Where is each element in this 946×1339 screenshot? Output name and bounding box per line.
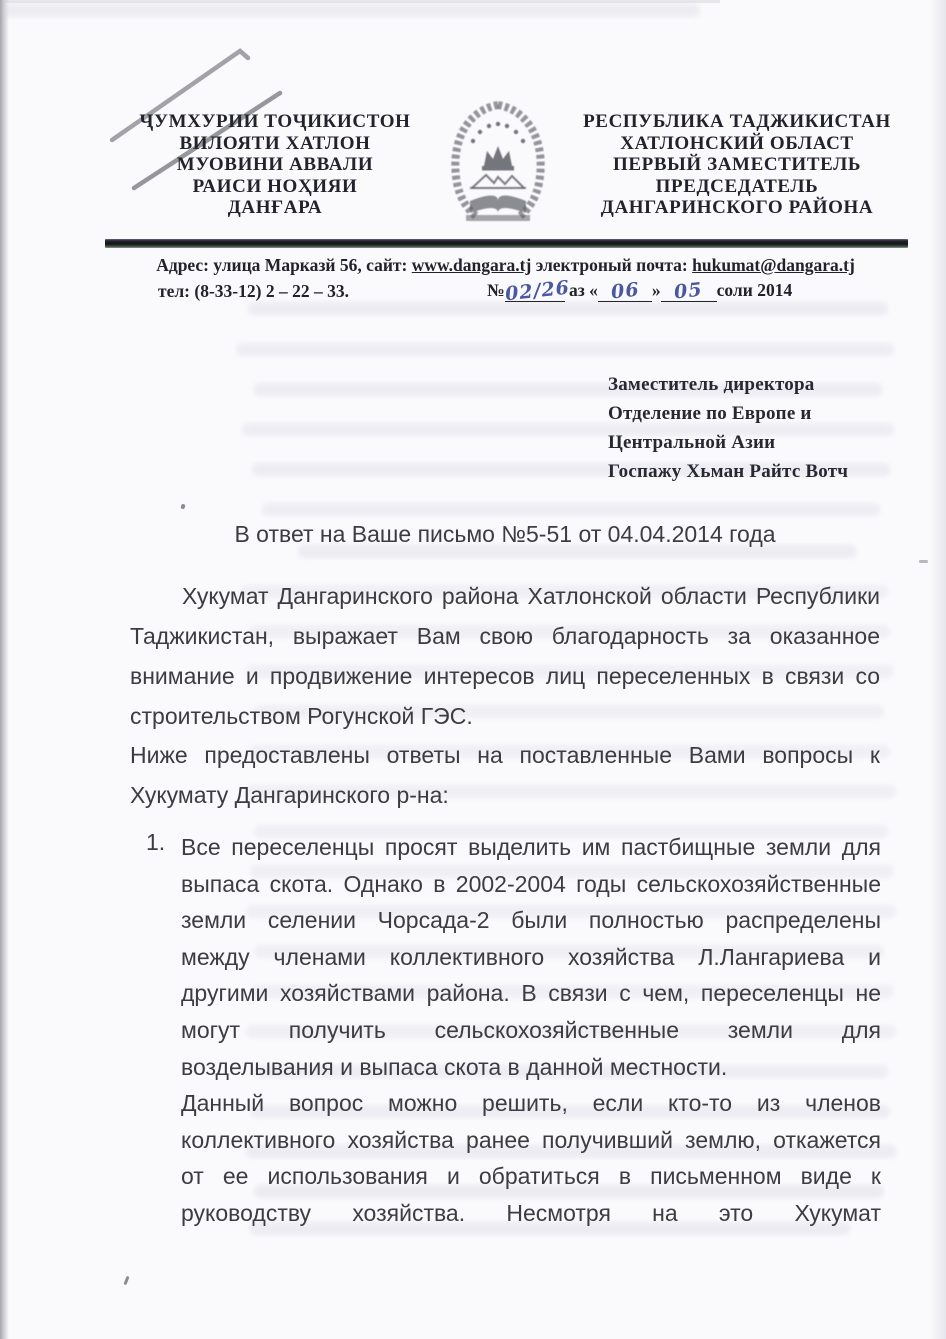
address-line: Адрес: улица Марказй 56, сайт: www.danga… <box>108 255 903 276</box>
letterhead-tajik: ҶУМХУРИИ ТОҶИКИСТОН ВИЛОЯТИ ХАТЛОН МУОВИ… <box>115 111 435 219</box>
paragraph-1: Хукумат Дангаринского района Хатлонской … <box>130 576 880 736</box>
text-line: от ее использования и обратиться в письм… <box>181 1158 881 1195</box>
subject-line: В ответ на Ваше письмо №5-51 от 04.04.20… <box>130 521 880 548</box>
text-line: руководству хозяйства. Несмотря на это Х… <box>181 1195 881 1232</box>
website-link: www.dangara.tj <box>412 255 532 275</box>
letterhead-line: ДАНГАРИНСКОГО РАЙОНА <box>578 197 896 219</box>
text-line: выпаса скота. Однако в 2002-2004 годы се… <box>181 866 881 903</box>
tajikistan-emblem-icon <box>438 99 558 231</box>
scan-right-edge <box>930 0 946 1339</box>
number-blank: 02/26 <box>505 279 565 302</box>
text-line: внимание и продвижение интересов лиц пер… <box>130 656 880 696</box>
date-suffix: соли 2014 <box>717 280 793 300</box>
number-label: № <box>487 280 505 300</box>
text-line: земли селении Чорсада-2 были полностью р… <box>181 902 881 939</box>
text-line: строительством Рогунской ГЭС. <box>130 696 880 736</box>
day-blank: 06 <box>598 279 652 302</box>
letterhead-line: МУОВИНИ АВВАЛИ <box>115 154 435 176</box>
bleed-through-line <box>0 4 700 17</box>
letterhead-line: ВИЛОЯТИ ХАТЛОН <box>115 133 435 155</box>
letterhead-line: ПРЕДСЕДАТЕЛЬ <box>578 176 896 198</box>
recipient-line: Центральной Азии <box>608 428 908 457</box>
letterhead-line: ҶУМХУРИИ ТОҶИКИСТОН <box>115 111 435 133</box>
date-close: » <box>652 280 661 300</box>
separator-rule <box>105 239 908 248</box>
letterhead-line: ХАТЛОНСКИЙ ОБЛАСТ <box>578 133 896 155</box>
scan-top-edge <box>0 0 720 3</box>
month-blank: 05 <box>661 279 717 302</box>
text-line: Данный вопрос можно решить, если кто-то … <box>181 1085 881 1122</box>
text-line: могут получить сельскохозяйственные земл… <box>181 1012 881 1049</box>
text-line: Все переселенцы просят выделить им пастб… <box>181 829 881 866</box>
text-line: коллективного хозяйства ранее получивший… <box>181 1122 881 1159</box>
recipient-line: Заместитель директора <box>608 370 908 399</box>
letterhead-line: ДАНҒАРА <box>115 197 435 219</box>
text-line: возделывания и выпаса скота в данной мес… <box>181 1049 881 1086</box>
text-line: между членами коллективного хозяйства Л.… <box>181 939 881 976</box>
letterhead-line: ПЕРВЫЙ ЗАМЕСТИТЕЛЬ <box>578 154 896 176</box>
recipient-line: Госпажу Хьман Райтс Вотч <box>608 457 908 486</box>
email-label: электроный почта: <box>531 255 692 275</box>
recipient-line: Отделение по Европе и <box>608 399 908 428</box>
bleed-through-line <box>262 503 880 516</box>
list-item-1: Все переселенцы просят выделить им пастб… <box>181 829 881 1232</box>
phone-number: тел: (8-33-12) 2 – 22 – 33. <box>158 281 349 302</box>
scan-left-edge <box>0 0 9 1339</box>
handwritten-day: 06 <box>610 279 641 304</box>
text-line: Хукумату Дангаринского р-на: <box>130 775 880 815</box>
phone-text: тел: (8-33-12) 2 – 22 – 33. <box>158 281 349 301</box>
letterhead-line: РЕСПУБЛИКА ТАДЖИКИСТАН <box>578 111 896 133</box>
reference-number-line: №02/26 аз «06»05соли 2014 <box>487 279 792 302</box>
letterhead-line: РАИСИ НОҲИЯИ <box>115 176 435 198</box>
paragraph-2: Ниже предоставлены ответы на поставленны… <box>130 735 880 815</box>
scanned-letter-page: ҶУМХУРИИ ТОҶИКИСТОН ВИЛОЯТИ ХАТЛОН МУОВИ… <box>0 0 946 1339</box>
scan-dash-mark <box>919 560 928 563</box>
letterhead-russian: РЕСПУБЛИКА ТАДЖИКИСТАН ХАТЛОНСКИЙ ОБЛАСТ… <box>578 111 896 219</box>
list-item-number: 1. <box>146 829 165 856</box>
text-line: Хукумат Дангаринского района Хатлонской … <box>130 576 880 616</box>
text-line: Таджикистан, выражает Вам свою благодарн… <box>130 616 880 656</box>
text-line: другими хозяйствами района. В связи с че… <box>181 975 881 1012</box>
date-az: аз « <box>569 280 598 300</box>
text-line: Ниже предоставлены ответы на поставленны… <box>130 735 880 775</box>
recipient-block: Заместитель директора Отделение по Европ… <box>608 370 908 486</box>
pen-dot-mark <box>180 504 185 510</box>
bleed-through-line <box>236 343 894 356</box>
email-link: hukumat@dangara.tj <box>692 255 855 275</box>
pen-comma-mark <box>123 1276 129 1285</box>
address-prefix: Адрес: улица Марказй 56, сайт: <box>156 255 412 275</box>
handwritten-number: 02/26 <box>504 277 571 306</box>
handwritten-month: 05 <box>673 279 704 304</box>
bleed-through-line <box>248 302 888 315</box>
